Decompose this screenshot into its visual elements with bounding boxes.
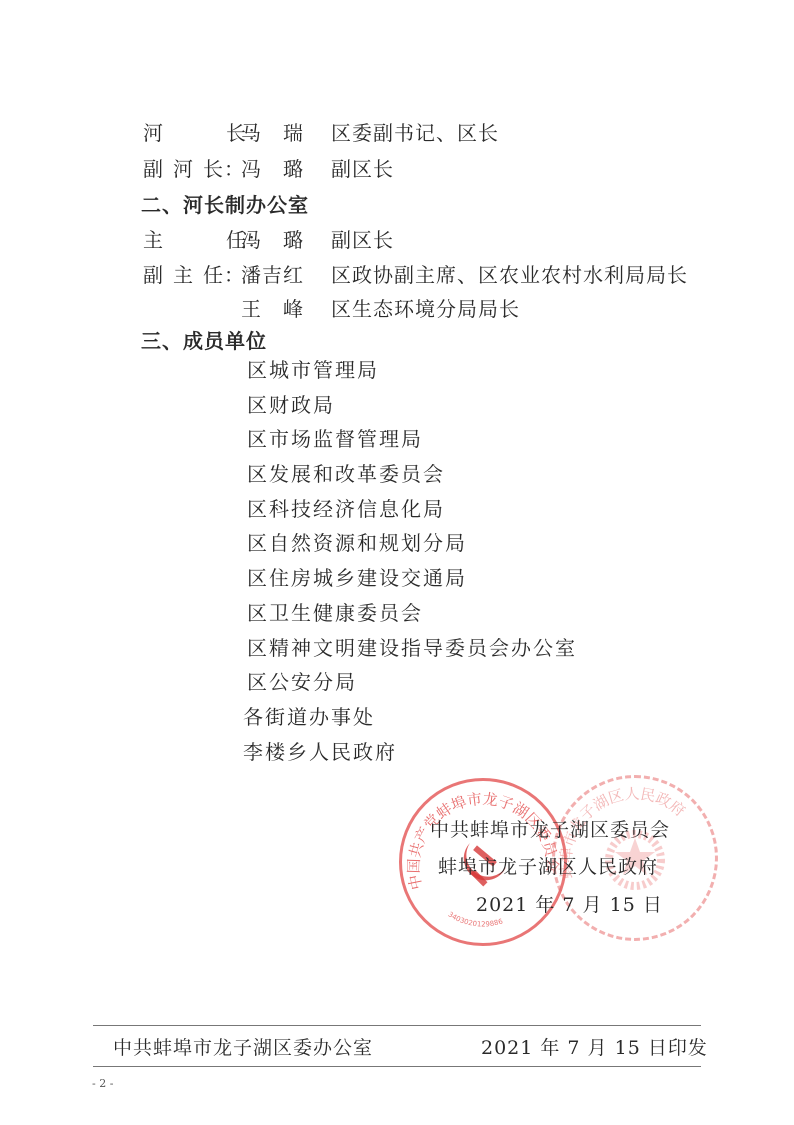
office-row-2: 副主任：潘吉红区政协副主席、区农业农村水利局局长 — [143, 263, 688, 287]
member-unit: 区财政局 — [247, 393, 577, 428]
footer-issuer: 中共蚌埠市龙子湖区委办公室 — [113, 1036, 373, 1060]
person-title: 区生态环境分局局长 — [331, 297, 520, 321]
person-name: 冯 璐 — [241, 157, 331, 181]
footer-top-rule — [93, 1025, 701, 1026]
signature-org-government: 蚌埠市龙子湖区人民政府 — [438, 855, 658, 879]
footer-bottom-rule — [93, 1066, 701, 1067]
role-label: 副主任： — [143, 263, 241, 287]
member-unit: 区卫生健康委员会 — [247, 601, 577, 636]
member-unit: 区精神文明建设指导委员会办公室 — [247, 636, 577, 671]
member-unit: 区科技经济信息化局 — [247, 497, 577, 532]
role-label: 河长： — [143, 121, 241, 145]
member-unit: 区公安分局 — [247, 670, 577, 705]
person-title: 区政协副主席、区农业农村水利局局长 — [331, 263, 688, 287]
person-name: 王 峰 — [241, 297, 331, 321]
office-row-1: 主任：冯 璐副区长 — [143, 228, 394, 252]
signature-org-party: 中共蚌埠市龙子湖区委员会 — [430, 818, 670, 842]
person-name: 马 瑞 — [241, 121, 331, 145]
member-unit-list: 区城市管理局 区财政局 区市场监督管理局 区发展和改革委员会 区科技经济信息化局… — [247, 358, 577, 774]
role-label: 副河长： — [143, 157, 241, 181]
signature-date: 2021 年 7 月 15 日 — [476, 893, 663, 917]
person-title: 副区长 — [331, 228, 394, 252]
member-unit: 李楼乡人民政府 — [243, 740, 577, 775]
member-unit: 区市场监督管理局 — [247, 427, 577, 462]
member-unit: 区发展和改革委员会 — [247, 462, 577, 497]
leader-row-1: 河长：马 瑞区委副书记、区长 — [143, 121, 499, 145]
role-label: 主任： — [143, 228, 241, 252]
member-unit: 各街道办事处 — [243, 705, 577, 740]
page-number: - 2 - — [92, 1077, 113, 1090]
section-heading-office: 二、河长制办公室 — [141, 193, 309, 217]
member-unit: 区自然资源和规划分局 — [247, 531, 577, 566]
section-heading-members: 三、成员单位 — [141, 329, 267, 353]
leader-row-2: 副河长：冯 璐副区长 — [143, 157, 394, 181]
footer-issued-date: 2021 年 7 月 15 日印发 — [481, 1036, 708, 1060]
office-row-3: 王 峰区生态环境分局局长 — [143, 297, 520, 321]
person-name: 潘吉红 — [241, 263, 331, 287]
person-title: 副区长 — [331, 157, 394, 181]
member-unit: 区住房城乡建设交通局 — [247, 566, 577, 601]
member-unit: 区城市管理局 — [247, 358, 577, 393]
person-name: 冯 璐 — [241, 228, 331, 252]
person-title: 区委副书记、区长 — [331, 121, 499, 145]
